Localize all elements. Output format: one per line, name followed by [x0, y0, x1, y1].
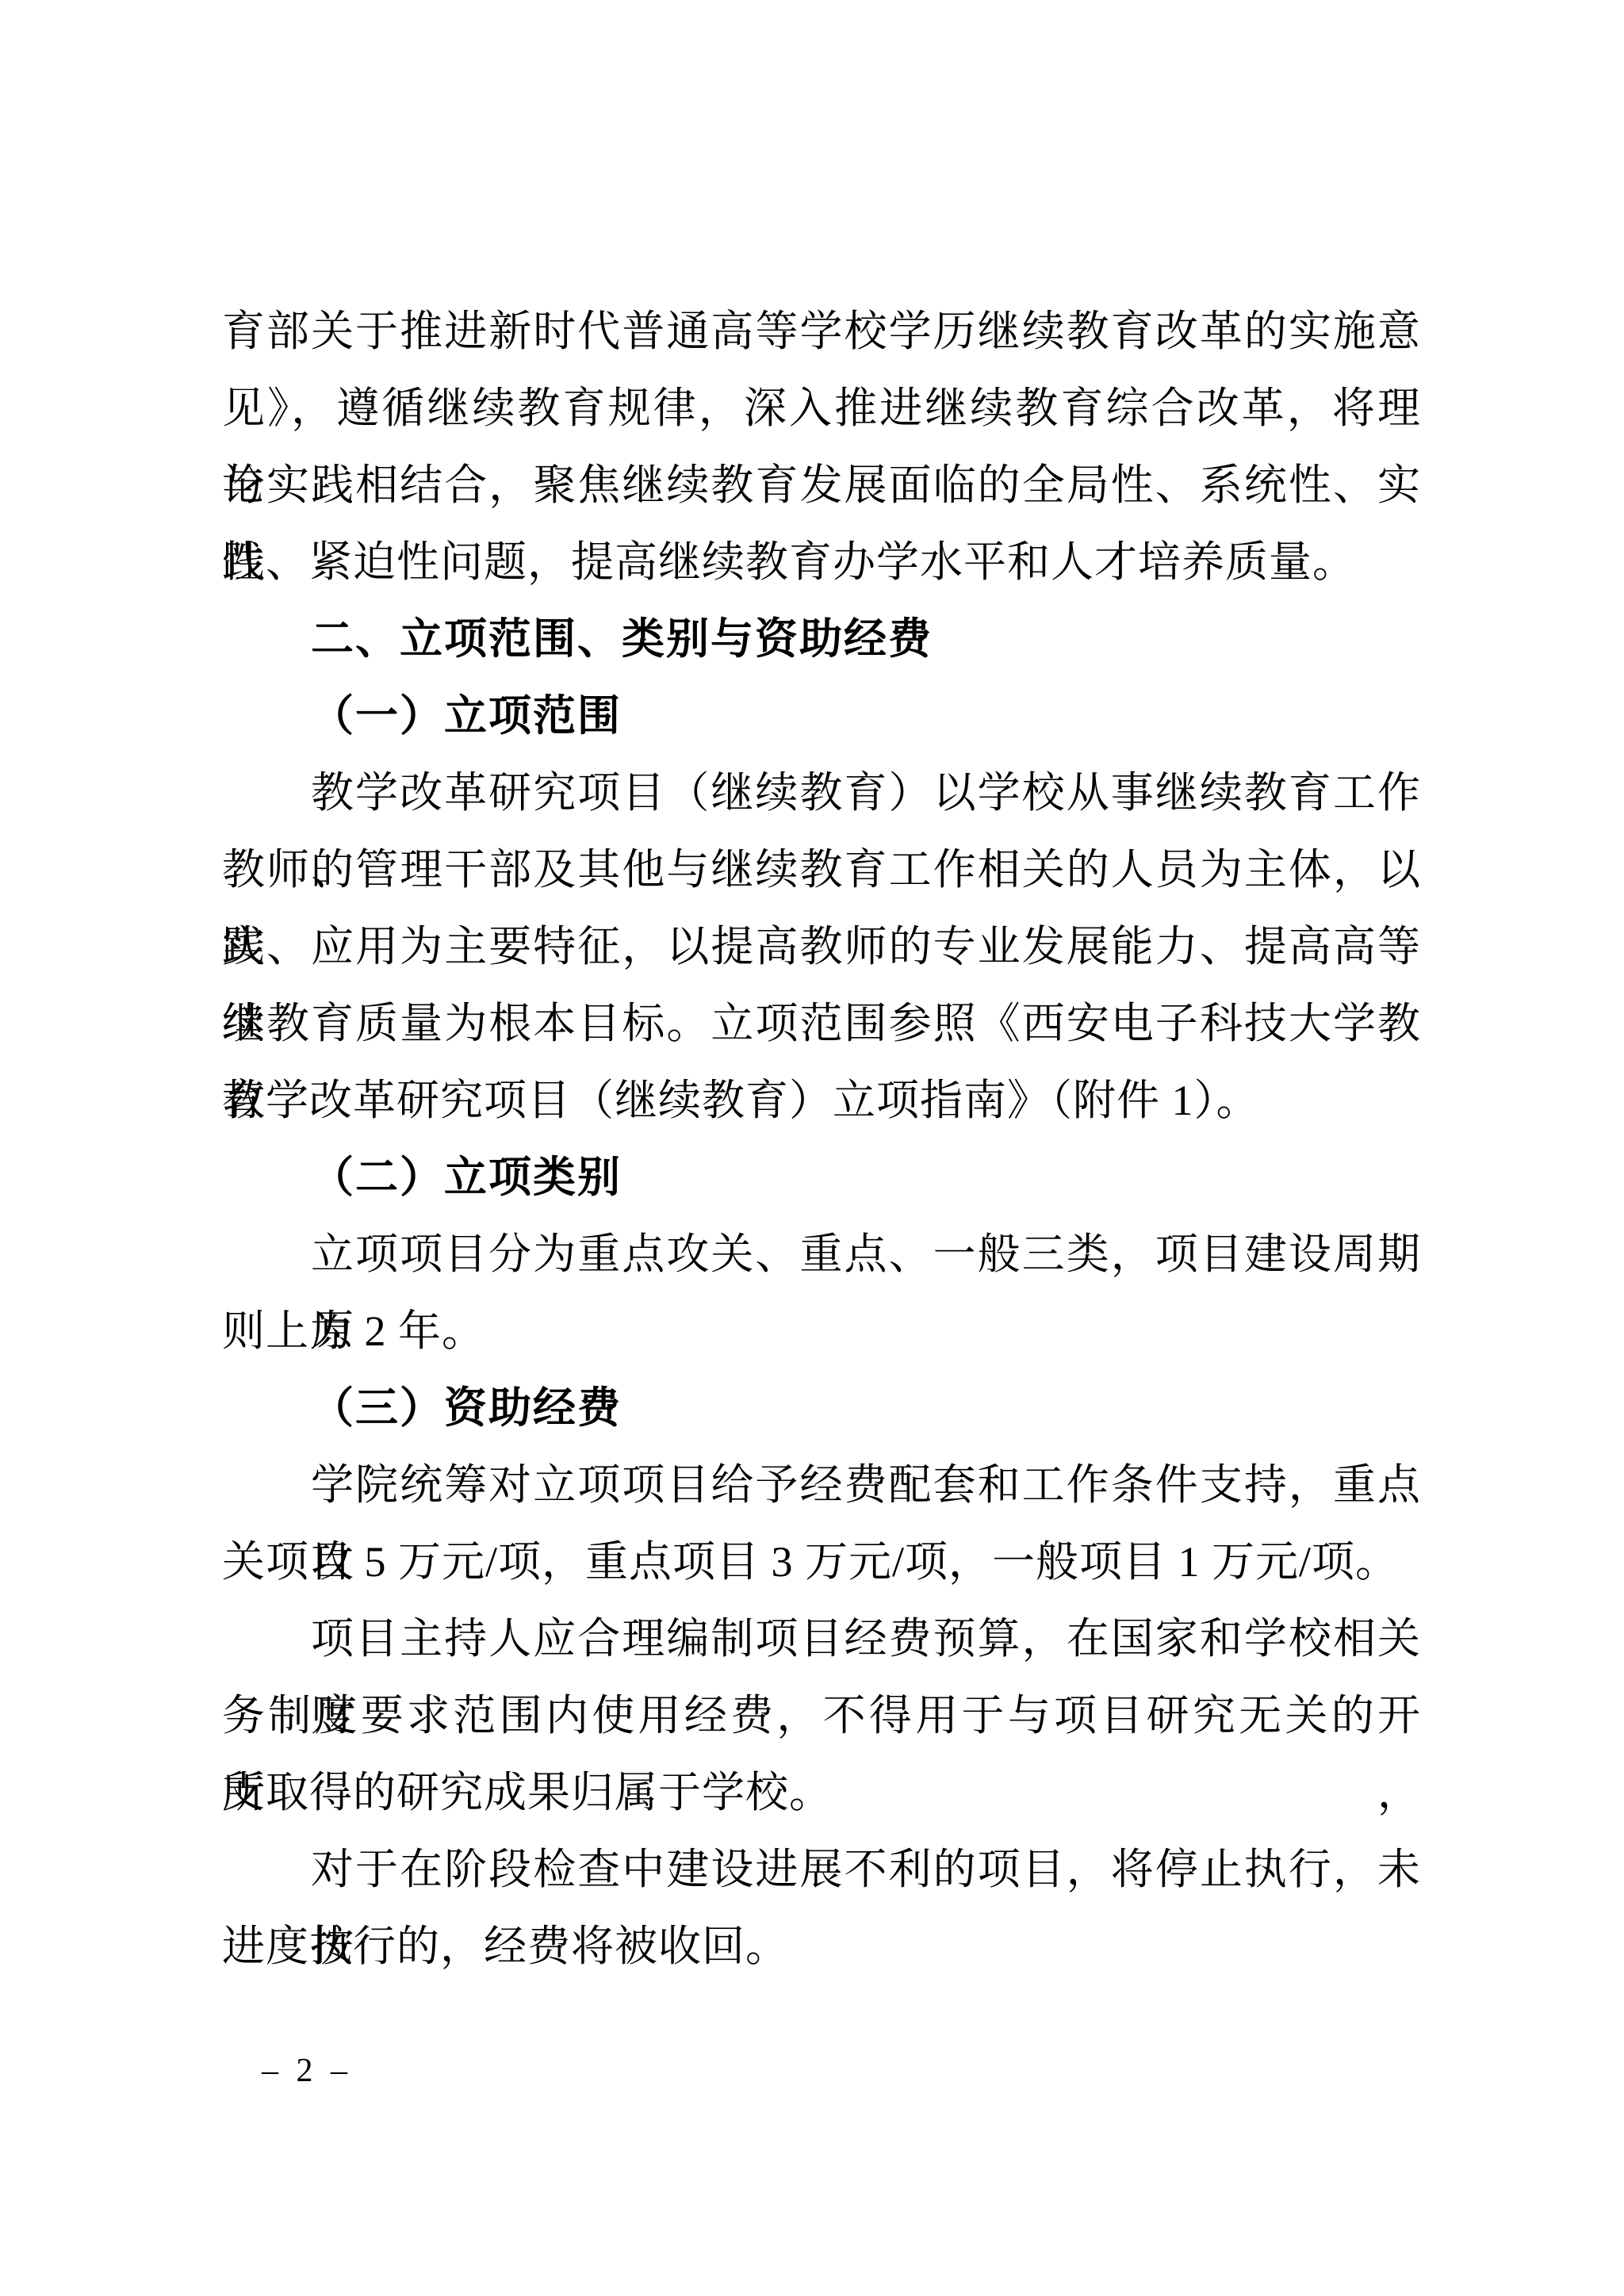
text-line: 践、应用为主要特征，以提高教师的专业发展能力、提高高等继: [222, 909, 1421, 985]
text-line: 务制度要求范围内使用经费，不得用于与项目研究无关的开支，: [222, 1678, 1421, 1755]
text-line: 则上为 2 年。: [222, 1293, 1421, 1370]
text-line: 续教育质量为根本目标。立项范围参照《西安电子科技大学教育: [222, 985, 1421, 1062]
text-line: 育部关于推进新时代普通高等学校学历继续教育改革的实施意: [222, 293, 1421, 370]
page-number: – 2 –: [262, 2050, 352, 2091]
subsection-heading: （二）立项类别: [222, 1139, 1421, 1216]
subsection-heading: （一）立项范围: [222, 678, 1421, 755]
text-line: 与实践相结合，聚焦继续教育发展面临的全局性、系统性、实践: [222, 447, 1421, 524]
subsection-heading: （三）资助经费: [222, 1370, 1421, 1447]
text-line: 进度执行的，经费将被收回。: [222, 1908, 1421, 1985]
document-page: 育部关于推进新时代普通高等学校学历继续教育改革的实施意 见》，遵循继续教育规律，…: [0, 0, 1624, 2296]
text-line: 对于在阶段检查中建设进展不利的项目，将停止执行，未按: [222, 1831, 1421, 1908]
document-body: 育部关于推进新时代普通高等学校学历继续教育改革的实施意 见》，遵循继续教育规律，…: [222, 293, 1421, 1985]
text-line: 关项目 5 万元/项，重点项目 3 万元/项，一般项目 1 万元/项。: [222, 1524, 1421, 1601]
text-line: 学院统筹对立项项目给予经费配套和工作条件支持，重点攻: [222, 1447, 1421, 1524]
text-line: 见》，遵循继续教育规律，深入推进继续教育综合改革，将理论: [222, 370, 1421, 447]
text-line: 教师、管理干部及其他与继续教育工作相关的人员为主体，以实: [222, 832, 1421, 909]
text-line: 性、紧迫性问题，提高继续教育办学水平和人才培养质量。: [222, 524, 1421, 601]
text-line: 立项项目分为重点攻关、重点、一般三类，项目建设周期原: [222, 1216, 1421, 1293]
section-heading: 二、立项范围、类别与资助经费: [222, 601, 1421, 678]
text-line: 教学改革研究项目（继续教育）以学校从事继续教育工作的: [222, 755, 1421, 832]
text-line: 教学改革研究项目（继续教育）立项指南》（附件 1）。: [222, 1062, 1421, 1139]
text-line: 项目主持人应合理编制项目经费预算，在国家和学校相关财: [222, 1601, 1421, 1678]
